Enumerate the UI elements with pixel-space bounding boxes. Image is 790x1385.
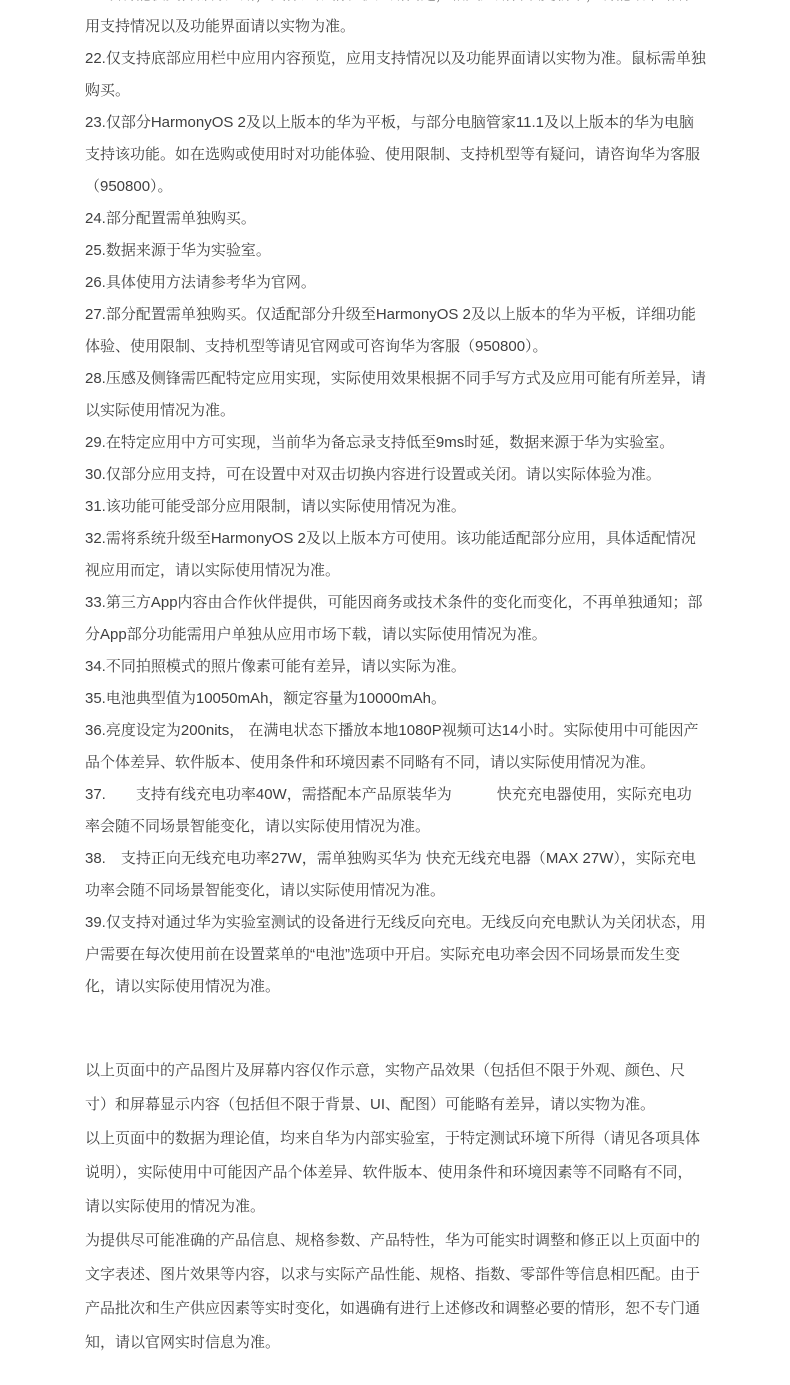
note-item: 36.亮度设定为200nits， 在满电状态下播放本地1080P视频可达14小时…: [85, 715, 706, 779]
note-item: 32.需将系统升级至HarmonyOS 2及以上版本方可使用。该功能适配部分应用…: [85, 523, 706, 587]
legal-disclaimer-section: 以上页面中的产品图片及屏幕内容仅作示意，实物产品效果（包括但不限于外观、颜色、尺…: [85, 1054, 706, 1360]
note-item: 33.第三方App内容由合作伙伴提供，可能因商务或技术条件的变化而变化，不再单独…: [85, 587, 706, 651]
note-item: 35.电池典型值为10050mAh，额定容量为10000mAh。: [85, 683, 706, 715]
note-item: 25.数据来源于华为实验室。: [85, 235, 706, 267]
note-item: 24.部分配置需单独购买。: [85, 203, 706, 235]
disclaimer-paragraph: 以上页面中的产品图片及屏幕内容仅作示意，实物产品效果（包括但不限于外观、颜色、尺…: [85, 1054, 706, 1122]
note-item: 39.仅支持对通过华为实验室测试的设备进行无线反向充电。无线反向充电默认为关闭状…: [85, 907, 706, 1003]
note-item: 30.仅部分应用支持，可在设置中对双击切换内容进行设置或关闭。请以实际体验为准。: [85, 459, 706, 491]
disclaimer-content: 21.该功能仅支持部分应用，具体适配情况视应用而定，相关应用持续更新中，功能细节…: [0, 0, 790, 1360]
note-item: 26.具体使用方法请参考华为官网。: [85, 267, 706, 299]
note-item: 22.仅支持底部应用栏中应用内容预览，应用支持情况以及功能界面请以实物为准。鼠标…: [85, 43, 706, 107]
note-item-21-clipped: 21.该功能仅支持部分应用，具体适配情况视应用而定，相关应用持续更新中，功能细节…: [85, 0, 706, 11]
clipped-top-line-wrapper: 21.该功能仅支持部分应用，具体适配情况视应用而定，相关应用持续更新中，功能细节…: [85, 0, 706, 11]
product-disclaimer-page: 21.该功能仅支持部分应用，具体适配情况视应用而定，相关应用持续更新中，功能细节…: [0, 0, 790, 1385]
note-item: 23.仅部分HarmonyOS 2及以上版本的华为平板，与部分电脑管家11.1及…: [85, 107, 706, 203]
footnotes-list: 用支持情况以及功能界面请以实物为准。22.仅支持底部应用栏中应用内容预览，应用支…: [85, 11, 706, 1003]
note-item: 28.压感及侧锋需匹配特定应用实现，实际使用效果根据不同手写方式及应用可能有所差…: [85, 363, 706, 427]
note-item: 38. 支持正向无线充电功率27W，需单独购买华为 快充无线充电器（MAX 27…: [85, 843, 706, 907]
note-item: 31.该功能可能受部分应用限制，请以实际使用情况为准。: [85, 491, 706, 523]
note-item: 37. 支持有线充电功率40W，需搭配本产品原装华为 快充充电器使用，实际充电功…: [85, 779, 706, 843]
note-item: 27.部分配置需单独购买。仅适配部分升级至HarmonyOS 2及以上版本的华为…: [85, 299, 706, 363]
note-item: 用支持情况以及功能界面请以实物为准。: [85, 11, 706, 43]
note-item: 34.不同拍照模式的照片像素可能有差异，请以实际为准。: [85, 651, 706, 683]
disclaimer-paragraph: 为提供尽可能准确的产品信息、规格参数、产品特性，华为可能实时调整和修正以上页面中…: [85, 1224, 706, 1360]
note-item: 29.在特定应用中方可实现，当前华为备忘录支持低至9ms时延，数据来源于华为实验…: [85, 427, 706, 459]
disclaimer-paragraph: 以上页面中的数据为理论值，均来自华为内部实验室，于特定测试环境下所得（请见各项具…: [85, 1122, 706, 1224]
